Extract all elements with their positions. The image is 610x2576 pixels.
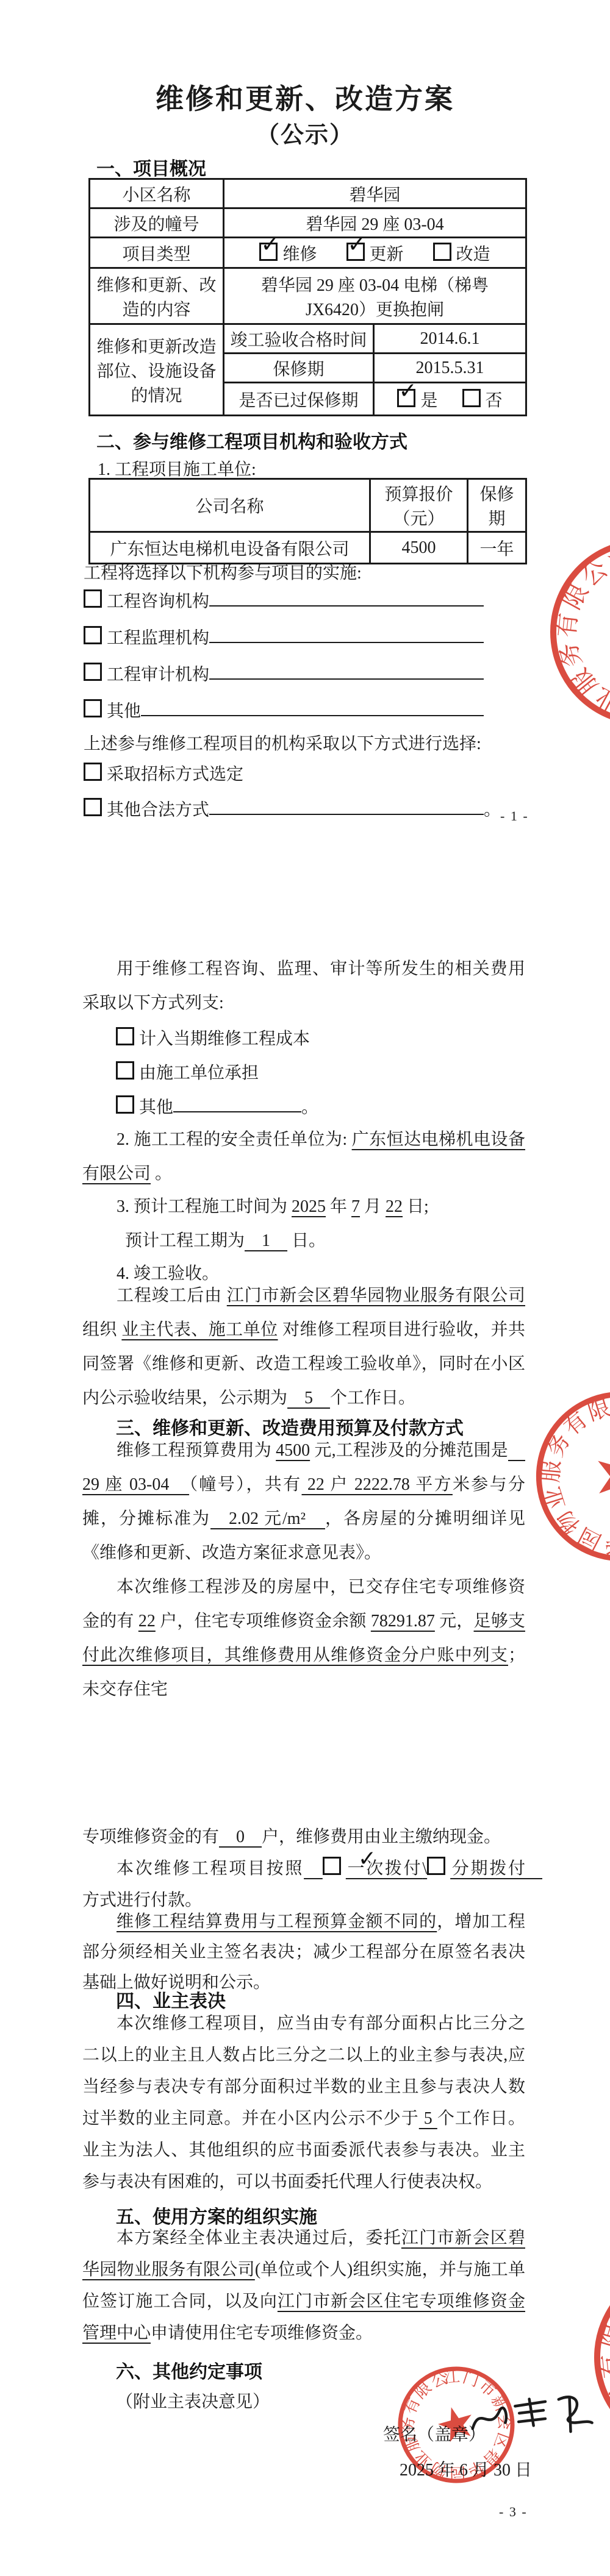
table-header-row: 公司名称 预算报价（元） 保修期 xyxy=(90,479,526,532)
checkbox-org-consult[interactable] xyxy=(84,589,102,608)
page-number-1: - 1 - xyxy=(500,808,529,824)
table-row: 维修和更新改造部位、设施设备的情况 竣工验收合格时间 2014.6.1 xyxy=(90,324,526,354)
fill-blank[interactable] xyxy=(209,661,484,680)
svg-text:江门市新会区碧华园物业服务有限公司: 江门市新会区碧华园物业服务有限公司 xyxy=(546,2216,610,2499)
company-seal-partial-3: 江门市新会区碧华园物业服务有限公司 xyxy=(546,2216,610,2499)
checkbox-fee-cost[interactable] xyxy=(116,1027,134,1045)
table-row: 小区名称 碧华园 xyxy=(90,179,526,208)
payment-choice-group: 一次拨付\分期拨付 xyxy=(304,1859,542,1878)
checkbox-pay-installments[interactable] xyxy=(427,1857,445,1875)
paragraph-vote: 本次维修工程项目，应当由专有部分面积占比三分之二以上的业主且人数占比三分之二以上… xyxy=(82,2008,525,2198)
acceptance-value: 2014.6.1 xyxy=(374,324,526,354)
document-scan: 维修和更新、改造方案 （公示） 一、项目概况 小区名称 碧华园 涉及的幢号 碧华… xyxy=(0,0,610,2576)
paragraph-settlement: 维修工程结算费用与工程预算金额不同的，增加工程部分须经相关业主签名表决；减少工程… xyxy=(82,1907,525,1998)
section-heading-orgs: 二、参与维修工程项目机构和验收方式 xyxy=(96,427,407,454)
document-subtitle: （公示） xyxy=(0,116,610,149)
paragraph-safety: 2. 施工工程的安全责任单位为: 广东恒达电梯机电设备有限公司 。 xyxy=(82,1123,525,1191)
checkbox-fee-other[interactable] xyxy=(116,1095,134,1114)
warranty-value: 2015.5.31 xyxy=(374,354,526,383)
star-icon xyxy=(589,1442,610,1505)
signature-scribble xyxy=(467,2386,610,2452)
method-option-bid: 采取招标方式选定 xyxy=(84,761,243,785)
star-icon xyxy=(603,592,610,668)
checkbox-expired-no[interactable] xyxy=(462,389,481,407)
table-row: 涉及的幢号 碧华园 29 座 03-04 xyxy=(90,208,526,238)
org-option-supervise: 工程监理机构 xyxy=(84,624,484,649)
company-value: 广东恒达电梯机电设备有限公司 xyxy=(90,532,370,564)
org-option-audit: 工程审计机构 xyxy=(84,661,484,685)
checkbox-method-bid[interactable] xyxy=(84,763,102,781)
type-option-rebuild: 改造 xyxy=(433,245,490,264)
checkbox-org-supervise[interactable] xyxy=(84,626,102,644)
paragraph-budget: 维修工程预算费用为 4500 元,工程涉及的分摊范围是 29 座 03-04 （… xyxy=(82,1434,525,1570)
expired-label: 是否已过保修期 xyxy=(224,383,374,416)
type-option-repair: 维修 xyxy=(259,245,317,264)
table-row: 项目类型 维修 更新 改造 xyxy=(90,238,526,268)
col-company: 公司名称 xyxy=(90,479,370,532)
table-row: 广东恒达电梯机电设备有限公司 4500 一年 xyxy=(90,532,526,564)
checkbox-expired-yes[interactable] xyxy=(397,389,415,407)
checkbox-repair[interactable] xyxy=(259,243,278,261)
org-select-intro: 工程将选择以下机构参与项目的实施: xyxy=(84,560,362,584)
fill-blank[interactable] xyxy=(209,588,484,607)
fee-option-other: 其他。 xyxy=(116,1094,318,1118)
checkbox-fee-contractor[interactable] xyxy=(116,1061,134,1080)
expired-options-cell: 是 否 xyxy=(374,383,526,416)
type-label: 项目类型 xyxy=(90,238,224,268)
paragraph-fund-continued: 专项维修资金的有 0 户，维修费用由业主缴纳现金。 xyxy=(82,1821,525,1853)
paragraph-time: 3. 预计工程施工时间为 2025 年 7 月 22 日; xyxy=(82,1190,525,1224)
expired-option-no: 否 xyxy=(462,391,503,410)
checkbox-org-audit[interactable] xyxy=(84,663,102,681)
method-option-other: 其他合法方式。 xyxy=(84,796,501,820)
community-value: 碧华园 xyxy=(224,179,526,208)
checkbox-method-other[interactable] xyxy=(84,798,102,816)
warranty-value: 一年 xyxy=(468,532,526,564)
paragraph-fee-intro: 用于维修工程咨询、监理、审计等所发生的相关费用采取以下方式列支: xyxy=(82,952,525,1020)
fill-blank[interactable] xyxy=(173,1094,301,1112)
checkbox-renew[interactable] xyxy=(346,243,365,261)
acceptance-label: 竣工验收合格时间 xyxy=(224,324,374,354)
overview-table: 小区名称 碧华园 涉及的幢号 碧华园 29 座 03-04 项目类型 维修 更新… xyxy=(88,178,527,416)
content-value: 碧华园 29 座 03-04 电梯（梯粤 JX6420）更换抱闸 xyxy=(224,268,526,324)
col-quote: 预算报价（元） xyxy=(370,479,468,532)
table-row: 维修和更新、改造的内容 碧华园 29 座 03-04 电梯（梯粤 JX6420）… xyxy=(90,268,526,324)
paragraph-org-acceptance: 工程竣工后由 江门市新会区碧华园物业服务有限公司 组织 业主代表、施工单位 对维… xyxy=(82,1279,525,1415)
status-label: 维修和更新改造部位、设施设备的情况 xyxy=(90,324,224,416)
community-label: 小区名称 xyxy=(90,179,224,208)
fee-option-cost: 计入当期维修工程成本 xyxy=(116,1025,310,1050)
fill-blank[interactable] xyxy=(141,697,484,716)
org-option-consult: 工程咨询机构 xyxy=(84,588,484,612)
checkbox-rebuild[interactable] xyxy=(433,243,451,261)
checkbox-pay-once[interactable] xyxy=(323,1857,341,1875)
fill-blank[interactable] xyxy=(209,796,484,815)
expired-option-yes: 是 xyxy=(397,391,437,410)
quote-value: 4500 xyxy=(370,532,468,564)
document-title: 维修和更新、改造方案 xyxy=(0,77,610,117)
col-warranty: 保修期 xyxy=(468,479,526,532)
constructor-heading: 1. 工程项目施工单位: xyxy=(98,456,256,480)
appendix-note: （附业主表决意见） xyxy=(116,2388,270,2413)
page-number-3: - 3 - xyxy=(499,2504,528,2520)
section-heading-overview: 一、项目概况 xyxy=(96,154,206,180)
warranty-label: 保修期 xyxy=(224,354,374,383)
method-intro: 上述参与维修工程项目的机构采取以下方式进行选择: xyxy=(84,730,481,755)
org-option-other: 其他 xyxy=(84,697,484,722)
section-heading-other: 六、其他约定事项 xyxy=(116,2357,262,2383)
checkbox-org-other[interactable] xyxy=(84,699,102,717)
paragraph-duration: 预计工程工期为 1 日。 xyxy=(82,1224,525,1258)
content-label: 维修和更新、改造的内容 xyxy=(90,268,224,324)
type-option-renew: 更新 xyxy=(346,245,404,264)
fill-blank[interactable] xyxy=(209,624,484,643)
building-label: 涉及的幢号 xyxy=(90,208,224,238)
paragraph-implementation: 本方案经全体业主表决通过后，委托江门市新会区碧华园物业服务有限公司(单位或个人)… xyxy=(82,2222,525,2349)
fee-option-contractor: 由施工单位承担 xyxy=(116,1059,259,1084)
constructor-table: 公司名称 预算报价（元） 保修期 广东恒达电梯机电设备有限公司 4500 一年 xyxy=(88,478,527,564)
paragraph-fund: 本次维修工程涉及的房屋中，已交存住宅专项维修资金的有 22 户，住宅专项维修资金… xyxy=(82,1570,525,1707)
type-options-cell: 维修 更新 改造 xyxy=(224,238,526,268)
